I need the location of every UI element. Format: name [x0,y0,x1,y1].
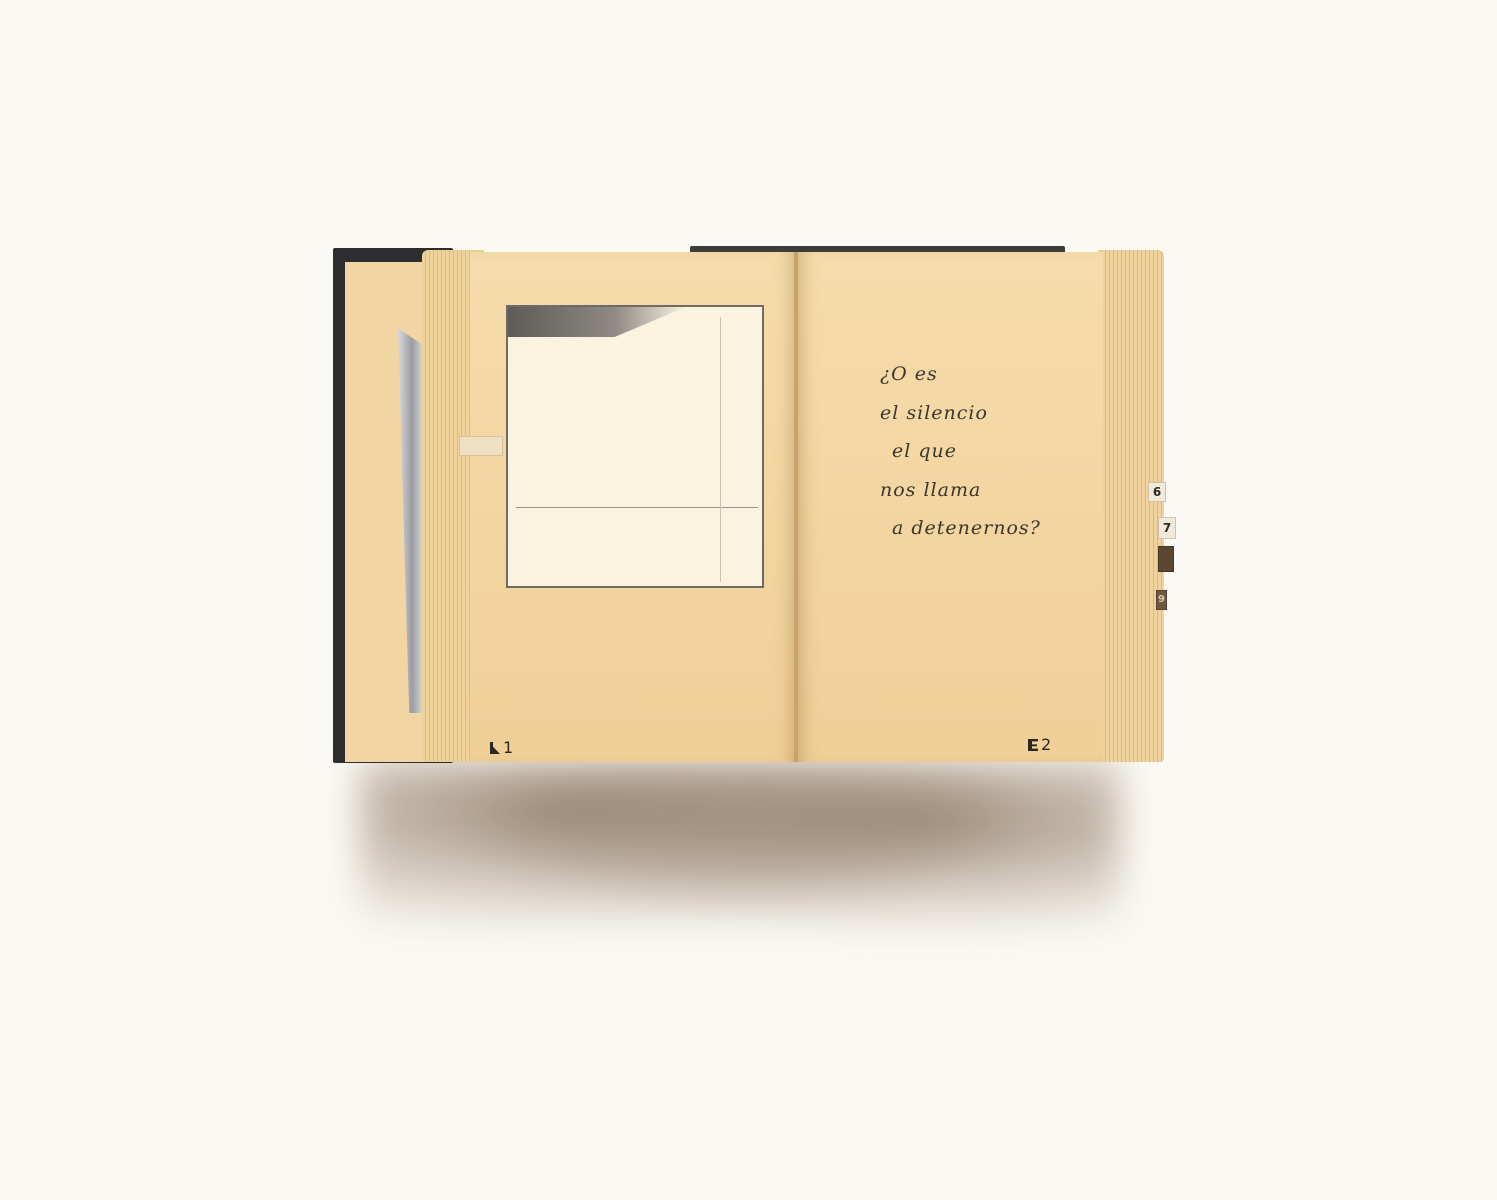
page-number-left: 1 [490,738,513,757]
handwriting-line: nos llama [880,471,1070,510]
stamp-icon [490,742,500,754]
book-photograph: ¿O es el silencio el que nos llama a det… [0,0,1497,1200]
right-page-stack [1098,250,1164,762]
photo-horizon-line [516,507,758,508]
photo-dark-corner [508,307,686,337]
index-tab-8[interactable] [1158,546,1174,572]
index-tab-6[interactable]: 6 [1148,482,1166,502]
index-tab-7[interactable]: 7 [1158,517,1176,539]
handwritten-text: ¿O es el silencio el que nos llama a det… [880,355,1070,548]
paper-tab [459,436,503,456]
handwriting-line: el silencio [880,394,1070,433]
photo-icon [506,305,764,588]
handwriting-line: a detenernos? [880,509,1070,548]
book-gutter [794,252,798,762]
index-tab-9[interactable]: 9 [1156,590,1167,610]
photo-vertical-line [720,317,721,582]
book-shadow [360,760,1120,960]
handwriting-line: el que [880,432,1070,471]
page-number-right: 2 [1028,735,1051,754]
stamp-icon [1028,739,1038,751]
handwriting-line: ¿O es [880,355,1070,394]
